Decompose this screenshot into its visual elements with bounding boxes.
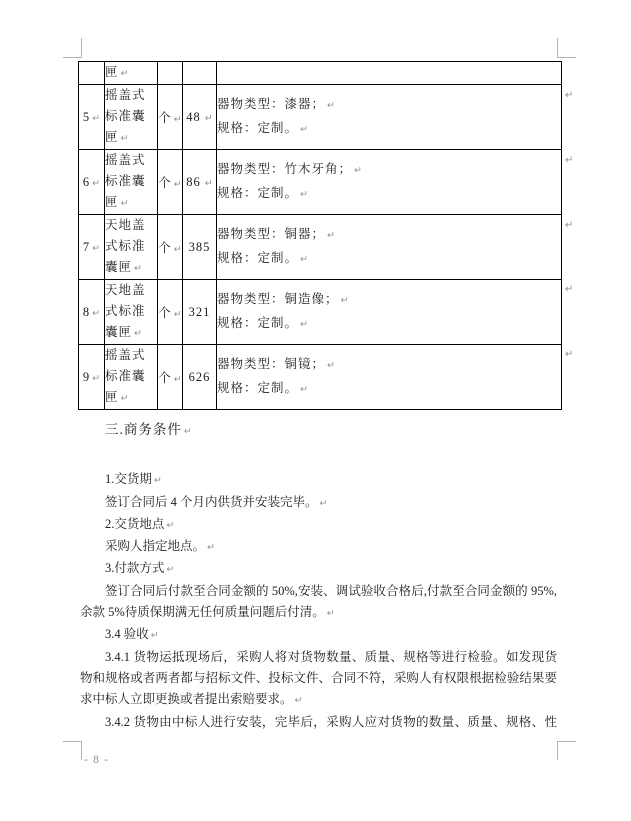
paragraph-mark-icon: ↵	[166, 564, 174, 575]
cell-quantity: 86↵	[183, 150, 217, 215]
cell-description: 器物类型：铜器；↵ 规格：定制。↵	[217, 215, 562, 280]
paragraph-mark-icon: ↵	[92, 308, 100, 319]
description-line: 器物类型：漆器；↵	[217, 93, 561, 117]
paragraph-mark-icon: ↵	[341, 295, 349, 306]
cell-number: 5↵	[79, 85, 105, 150]
crop-mark-top-left-horizontal-icon	[63, 57, 82, 58]
cell-name: 匣↵	[105, 62, 158, 85]
paragraph-mark-icon: ↵	[300, 124, 308, 135]
paragraph-mark-icon: ↵	[134, 328, 142, 339]
row-end-paragraph-mark-icon: ↵	[565, 90, 573, 101]
paragraph-mark-icon: ↵	[174, 114, 182, 125]
description-line: 器物类型：铜镜；↵	[217, 353, 561, 377]
crop-mark-bottom-left-vertical-icon	[81, 741, 82, 760]
cell-number: 9↵	[79, 345, 105, 410]
paragraph-mark-icon: ↵	[154, 475, 162, 486]
paragraph: 采购人指定地点。↵	[80, 536, 557, 558]
paragraph-mark-icon: ↵	[327, 230, 335, 241]
table-row: 匣↵	[79, 62, 562, 85]
document-page: 匣↵ 5↵ 摇盖式标准囊匣↵ 个↵ 48↵ 器物类型：漆器；↵ 规格：定制。↵ …	[0, 0, 631, 821]
description-line: 规格：定制。↵	[217, 247, 561, 271]
description-line: 器物类型：竹木牙角；↵	[217, 158, 561, 182]
row-end-paragraph-mark-icon: ↵	[565, 349, 573, 360]
paragraph-line: 3.4.1 货物运抵现场后，采购人将对货物数量、质量、规格等进行检验。如发现货	[80, 647, 557, 668]
section-heading: 三.商务条件↵	[80, 419, 557, 442]
paragraph-mark-icon: ↵	[300, 319, 308, 330]
paragraph-mark-icon: ↵	[92, 243, 100, 254]
description-line: 规格：定制。↵	[217, 182, 561, 206]
body-text: 三.商务条件↵ 1.交货期↵ 签订合同后 4 个月内供货并安装完毕。↵ 2.交货…	[80, 419, 557, 733]
paragraph-mark-icon: ↵	[174, 374, 182, 385]
paragraph-mark-icon: ↵	[92, 178, 100, 189]
cell-quantity: 48↵	[183, 85, 217, 150]
cell-unit: 个↵	[158, 150, 183, 215]
paragraph-mark-icon: ↵	[174, 179, 182, 190]
paragraph-mark-icon: ↵	[151, 630, 159, 641]
cell-name: 天地盖式标准囊匣↵	[105, 215, 158, 280]
paragraph-line: 余款 5%待质保期满无任何质量问题后付清。↵	[80, 602, 557, 624]
crop-mark-top-right-horizontal-icon	[557, 57, 576, 58]
crop-mark-top-right-vertical-icon	[557, 38, 558, 57]
paragraph-mark-icon: ↵	[295, 695, 303, 706]
cell-name: 摇盖式标准囊匣↵	[105, 85, 158, 150]
paragraph: 签订合同后 4 个月内供货并安装完毕。↵	[80, 492, 557, 514]
cell-number	[79, 62, 105, 85]
paragraph-mark-icon: ↵	[300, 189, 308, 200]
cell-quantity: 385	[183, 215, 217, 280]
paragraph: 2.交货地点↵	[80, 514, 557, 536]
paragraph-mark-icon: ↵	[327, 100, 335, 111]
cell-description: 器物类型：竹木牙角；↵ 规格：定制。↵	[217, 150, 562, 215]
paragraph-mark-icon: ↵	[174, 244, 182, 255]
cell-description: 器物类型：漆器；↵ 规格：定制。↵	[217, 85, 562, 150]
crop-mark-bottom-left-horizontal-icon	[63, 741, 82, 742]
row-end-paragraph-mark-icon: ↵	[565, 220, 573, 231]
description-line: 器物类型：铜造像；↵	[217, 288, 561, 312]
paragraph-mark-icon: ↵	[205, 113, 213, 124]
description-line: 规格：定制。↵	[217, 312, 561, 336]
table-row: 5↵ 摇盖式标准囊匣↵ 个↵ 48↵ 器物类型：漆器；↵ 规格：定制。↵	[79, 85, 562, 150]
cell-unit: 个↵	[158, 85, 183, 150]
cell-name: 天地盖式标准囊匣↵	[105, 280, 158, 345]
row-end-paragraph-mark-icon: ↵	[565, 284, 573, 295]
paragraph-mark-icon: ↵	[300, 254, 308, 265]
cell-unit: 个↵	[158, 345, 183, 410]
paragraph-mark-icon: ↵	[205, 178, 213, 189]
paragraph-mark-icon: ↵	[121, 198, 129, 209]
cell-description: 器物类型：铜造像；↵ 规格：定制。↵	[217, 280, 562, 345]
cell-unit: 个↵	[158, 215, 183, 280]
row-end-paragraph-mark-icon: ↵	[565, 155, 573, 166]
crop-mark-bottom-right-horizontal-icon	[557, 741, 576, 742]
cell-quantity: 626	[183, 345, 217, 410]
table-row: 8↵ 天地盖式标准囊匣↵ 个↵ 321 器物类型：铜造像；↵ 规格：定制。↵	[79, 280, 562, 345]
cell-quantity	[183, 62, 217, 85]
paragraph-mark-icon: ↵	[121, 133, 129, 144]
cell-unit: 个↵	[158, 280, 183, 345]
description-line: 规格：定制。↵	[217, 377, 561, 401]
paragraph: 3.4 验收↵	[80, 624, 557, 646]
cell-unit	[158, 62, 183, 85]
paragraph-mark-icon: ↵	[134, 263, 142, 274]
cell-description: 器物类型：铜镜；↵ 规格：定制。↵	[217, 345, 562, 410]
paragraph-line: 3.4.2 货物由中标人进行安装，完毕后，采购人应对货物的数量、质量、规格、性	[80, 712, 557, 733]
cell-name: 摇盖式标准囊匣↵	[105, 345, 158, 410]
paragraph-mark-icon: ↵	[320, 498, 328, 509]
paragraph-mark-icon: ↵	[166, 520, 174, 531]
description-line: 器物类型：铜器；↵	[217, 223, 561, 247]
paragraph-mark-icon: ↵	[92, 373, 100, 384]
cell-description	[217, 62, 562, 85]
paragraph-mark-icon: ↵	[174, 309, 182, 320]
paragraph-line: 求中标人立即更换或者提出索赔要求。↵	[80, 689, 557, 711]
paragraph-mark-icon: ↵	[92, 113, 100, 124]
cell-name: 摇盖式标准囊匣↵	[105, 150, 158, 215]
table-row: 9↵ 摇盖式标准囊匣↵ 个↵ 626 器物类型：铜镜；↵ 规格：定制。↵	[79, 345, 562, 410]
page-number: - 8 -	[84, 752, 109, 767]
paragraph-mark-icon: ↵	[207, 542, 215, 553]
cell-number: 6↵	[79, 150, 105, 215]
paragraph-mark-icon: ↵	[327, 360, 335, 371]
paragraph-line: 物和规格或者两者都与招标文件、投标文件、合同不符，采购人有权限根据检验结果要	[80, 668, 557, 689]
paragraph-line: 签订合同后付款至合同金额的 50%,安装、调试验收合格后,付款至合同金额的 95…	[80, 581, 557, 602]
paragraph-mark-icon: ↵	[121, 393, 129, 404]
table-row: 6↵ 摇盖式标准囊匣↵ 个↵ 86↵ 器物类型：竹木牙角；↵ 规格：定制。↵	[79, 150, 562, 215]
cell-number: 8↵	[79, 280, 105, 345]
paragraph-mark-icon: ↵	[327, 608, 335, 619]
items-table: 匣↵ 5↵ 摇盖式标准囊匣↵ 个↵ 48↵ 器物类型：漆器；↵ 规格：定制。↵ …	[78, 61, 562, 410]
description-line: 规格：定制。↵	[217, 117, 561, 141]
paragraph: 3.付款方式↵	[80, 558, 557, 580]
crop-mark-top-left-vertical-icon	[81, 38, 82, 57]
cell-quantity: 321	[183, 280, 217, 345]
paragraph-mark-icon: ↵	[121, 68, 129, 79]
paragraph-mark-icon: ↵	[354, 165, 362, 176]
paragraph-mark-icon: ↵	[184, 426, 192, 437]
table-row: 7↵ 天地盖式标准囊匣↵ 个↵ 385 器物类型：铜器；↵ 规格：定制。↵	[79, 215, 562, 280]
cell-number: 7↵	[79, 215, 105, 280]
crop-mark-bottom-right-vertical-icon	[557, 741, 558, 760]
paragraph: 1.交货期↵	[80, 469, 557, 491]
paragraph-mark-icon: ↵	[300, 384, 308, 395]
